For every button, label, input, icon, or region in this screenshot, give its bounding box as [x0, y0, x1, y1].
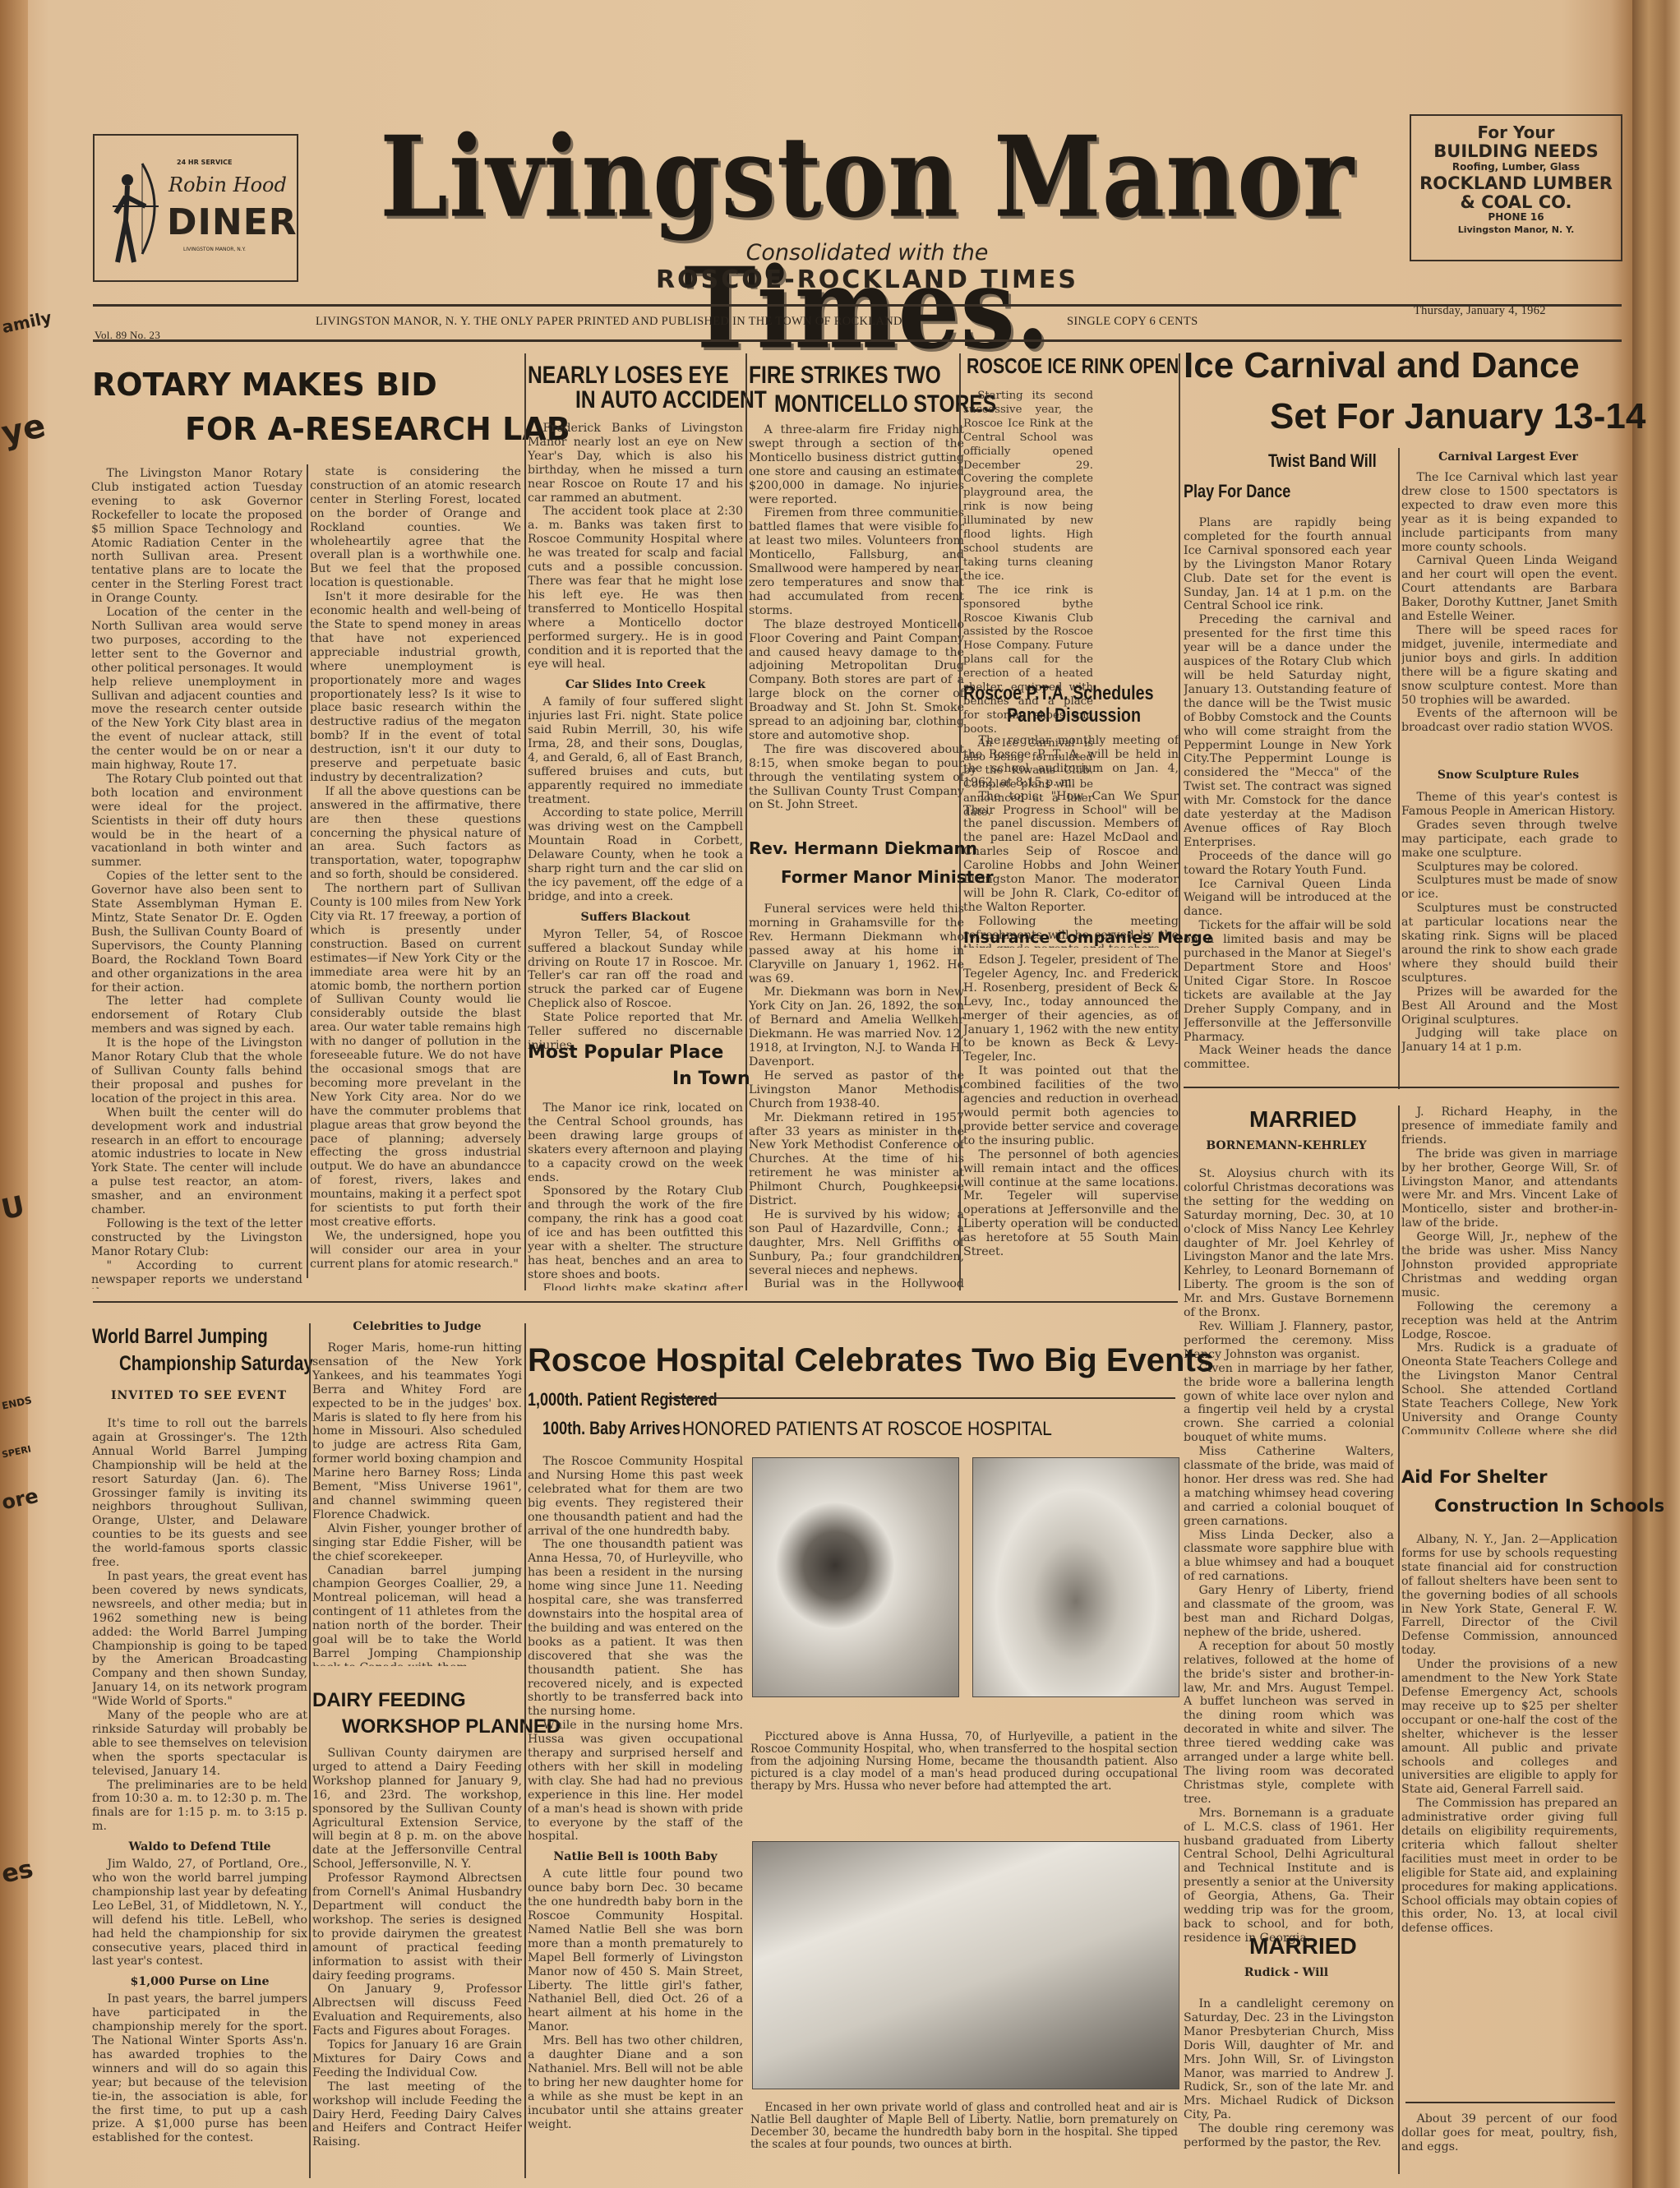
paragraph: Copies of the letter sent to the Governo…: [91, 870, 302, 995]
paragraph: The Ice Carnival which last year drew cl…: [1401, 471, 1618, 554]
article-carnival-col3: Theme of this year's contest is Famous P…: [1401, 791, 1618, 1095]
paragraph: Mr. Diekmann retired in 1957 after 33 ye…: [749, 1111, 964, 1208]
paragraph: It was pointed out that the combined fac…: [963, 1064, 1179, 1147]
ad-rockland-lumber: For Your BUILDING NEEDS Roofing, Lumber,…: [1410, 114, 1622, 261]
tagline: LIVINGSTON MANOR, N. Y. THE ONLY PAPER P…: [316, 315, 902, 329]
paragraph: Picctured above is Anna Hussa, 70, of Hu…: [750, 1731, 1178, 1793]
column-rule: [1179, 353, 1180, 1290]
article-hospital: The Roscoe Community Hospital and Nursin…: [528, 1455, 743, 2178]
article-celebrities: Roger Maris, home-run hitting sensation …: [312, 1341, 522, 1666]
column-rule: [309, 1323, 311, 2178]
paragraph: Burial was in the Hollywood Cemetery, Un…: [749, 1277, 964, 1289]
paragraph: Location of the center in the North Sull…: [91, 606, 302, 773]
paragraph: Albany, N. Y., Jan. 2—Application forms …: [1401, 1533, 1618, 1658]
headline-pta-2: Panel Discussion: [1007, 704, 1141, 727]
headline-hospital: Roscoe Hospital Celebrates Two Big Event…: [528, 1342, 1214, 1379]
paragraph: The preliminaries are to be held from 10…: [92, 1779, 307, 1835]
paragraph: He is survived by his widow; a son Paul …: [749, 1208, 964, 1278]
paragraph: The Livingston Manor Rotary Club instiga…: [91, 467, 302, 606]
subhead-invited: INVITED TO SEE EVENT: [92, 1389, 306, 1402]
edge-fragment: ye: [0, 407, 48, 453]
paragraph: Topics for January 16 are Grain Mixtures…: [312, 2038, 522, 2080]
paragraph: When built the center will do developmen…: [91, 1106, 302, 1217]
article-barrel: It's time to roll out the barrels again …: [92, 1417, 307, 2186]
paragraph: Judging will take place on January 14 at…: [1401, 1027, 1618, 1055]
column-rule: [1398, 448, 1400, 1089]
edge-fragment: SPERI: [1, 1443, 32, 1460]
dateline-rule-top: [93, 304, 1622, 307]
ad-line: Livingston Manor, N. Y.: [1411, 225, 1621, 235]
headline-popular-1: Most Popular Place: [528, 1042, 723, 1063]
paragraph: Carnival Queen Linda Weigand and her cou…: [1401, 554, 1618, 624]
paragraph: Rev. William J. Flannery, pastor, perfor…: [1184, 1320, 1394, 1362]
ad-line: Roofing, Lumber, Glass: [1411, 162, 1621, 173]
paragraph: Canadian barrel jumping champion Georges…: [312, 1564, 522, 1667]
paragraph: The double ring ceremony was performed b…: [1184, 2122, 1394, 2150]
paragraph: The topic: "How Can We Spur Their Progre…: [963, 790, 1179, 915]
paragraph: George Will, Jr., nephew of the the brid…: [1401, 1230, 1618, 1300]
paragraph: In past years, the barrel jumpers have p…: [92, 1992, 307, 2145]
paragraph: The Roscoe Community Hospital and Nursin…: [528, 1455, 743, 1538]
paragraph: Sculptures may be colored.: [1401, 861, 1618, 875]
subhead: $1,000 Purse on Line: [92, 1975, 307, 1989]
column-rule: [524, 1323, 526, 2178]
left-page-bleed: amily ye U ENDS SPERI ore es: [0, 0, 28, 2188]
photo-clay-head: [972, 1457, 1179, 1697]
headline-diekmann-2: Former Manor Minister: [781, 867, 994, 887]
paragraph: The Rotary Club pointed out that both lo…: [91, 773, 302, 870]
ad-line: BUILDING NEEDS: [1411, 142, 1621, 161]
paragraph: The letter had complete endorsement of R…: [91, 995, 302, 1036]
article-insurance: Edson J. Tegeler, president of The Tegel…: [963, 953, 1179, 1290]
ad-robin-hood-diner: 24 HR SERVICE Robin Hood DINER LIVINGSTO…: [93, 134, 298, 282]
article-married1-col2: J. Richard Heaphy, in the presence of im…: [1401, 1106, 1618, 1434]
paragraph: Sullivan County dairymen are urged to at…: [312, 1747, 522, 1872]
headline-carnival-2: Set For January 13-14: [1270, 396, 1645, 437]
subhead-snow-sculpture: Snow Sculpture Rules: [1401, 769, 1615, 782]
article-dairy: Sullivan County dairymen are urged to at…: [312, 1747, 522, 2174]
paragraph: Firemen from three communities battled f…: [749, 506, 964, 617]
paragraph: The regular monthly meeting of the Rosco…: [963, 734, 1179, 790]
issue-date: Thursday, January 4, 1962: [1414, 304, 1546, 318]
paragraph: Mack Weiner heads the dance committee.: [1184, 1044, 1392, 1072]
paragraph: The personnel of both agencies will rema…: [963, 1148, 1179, 1259]
article-married1-col1: St. Aloysius church with its colorful Ch…: [1184, 1167, 1394, 1989]
paragraph: Sculptures must be made of snow or ice.: [1401, 874, 1618, 902]
archer-icon: [109, 155, 162, 270]
paragraph: We, the undersigned, hope you will consi…: [310, 1230, 521, 1272]
paragraph: About 39 percent of our food dollar goes…: [1401, 2112, 1618, 2154]
paragraph: In a candlelight ceremony on Saturday, D…: [1184, 1997, 1394, 2122]
section-rule: [1184, 1087, 1619, 1088]
article-popular: The Manor ice rink, located on the Centr…: [528, 1101, 743, 1290]
photo-title: HONORED PATIENTS AT ROSCOE HOSPITAL: [682, 1418, 1052, 1441]
paragraph: Frederick Banks of Livingston Manor near…: [528, 422, 743, 505]
paragraph: Jim Waldo, 27, of Portland, Ore., who wo…: [92, 1858, 307, 1969]
married-names-2: Rudick - Will: [1184, 1966, 1389, 1979]
page-gutter: [1632, 0, 1680, 2188]
paragraph: Sponsored by the Rotary Club and through…: [528, 1184, 743, 1281]
headline-married-1: MARRIED: [1249, 1106, 1357, 1133]
section-rule: [93, 1301, 1178, 1303]
ad-name: Robin Hood: [168, 173, 287, 196]
paragraph: On January 9, Professor Albrectsen will …: [312, 1983, 522, 2038]
paragraph: The blaze destroyed Monticello Floor Cov…: [749, 618, 964, 743]
paragraph: state is considering the construction of…: [310, 465, 521, 590]
headline-eye-2: IN AUTO ACCIDENT: [575, 386, 767, 414]
paragraph: The northern part of Sullivan County is …: [310, 882, 521, 1230]
paragraph: Prizes will be awarded for the Best All …: [1401, 986, 1618, 1027]
paragraph: Funeral services were held this morning …: [749, 902, 964, 986]
headline-fire-1: FIRE STRIKES TWO: [749, 362, 941, 390]
ad-address: LIVINGSTON MANOR, N.Y.: [183, 247, 246, 252]
paragraph: Isn't it more desirable for the economic…: [310, 590, 521, 785]
edge-fragment: U: [0, 1190, 27, 1227]
newspaper-page: amily ye U ENDS SPERI ore es 24 HR SERVI…: [0, 0, 1680, 2188]
paragraph: If all the above questions can be answer…: [310, 785, 521, 882]
column-rule: [524, 353, 526, 1290]
section-rule: [666, 1397, 1175, 1399]
paragraph: Miss Catherine Walters, classmate of the…: [1184, 1445, 1394, 1528]
merged-paper-name: ROSCOE-ROCKLAND TIMES: [575, 265, 1159, 294]
subhead-celebrities: Celebrities to Judge: [312, 1320, 522, 1333]
headline-dairy-1: DAIRY FEEDING: [312, 1689, 466, 1712]
paragraph: Gary Henry of Liberty, friend and classm…: [1184, 1584, 1394, 1640]
caption-natlie-bell: Encased in her own private world of glas…: [750, 2102, 1178, 2159]
deck-patient: 1,000th. Patient Registered: [528, 1389, 718, 1410]
paragraph: The Manor ice rink, located on the Centr…: [528, 1101, 743, 1184]
article-married2: In a candlelight ceremony on Saturday, D…: [1184, 1997, 1394, 2178]
paragraph: Proceeds of the dance will go toward the…: [1184, 850, 1392, 878]
married-names-1: BORNEMANN-KEHRLEY: [1184, 1139, 1389, 1152]
paragraph: Tickets for the affair will be sold on a…: [1184, 919, 1392, 1044]
filler-food-dollar: About 39 percent of our food dollar goes…: [1401, 2112, 1618, 2162]
photo-natlie-bell: [752, 1841, 1179, 2089]
subhead-twist-1: Twist Band Will: [1268, 450, 1377, 472]
consolidated-note: Consolidated with the: [723, 240, 1011, 265]
article-shelter: Albany, N. Y., Jan. 2—Application forms …: [1401, 1533, 1618, 2108]
paragraph: Following the ceremony a reception was h…: [1401, 1300, 1618, 1342]
caption-anna-hussa: Picctured above is Anna Hussa, 70, of Hu…: [750, 1731, 1178, 1821]
paragraph: The fire was discovered about 8:15, when…: [749, 743, 964, 813]
subhead: Waldo to Defend Ttile: [92, 1840, 307, 1854]
paragraph: Mrs. Bornemann is a graduate of L. M.C.S…: [1184, 1807, 1394, 1946]
subhead: Suffers Blackout: [528, 911, 743, 925]
paragraph: Roger Maris, home-run hitting sensation …: [312, 1341, 522, 1522]
subhead: Car Slides Into Creek: [528, 678, 743, 692]
paragraph: There will be speed races for midget, ju…: [1401, 624, 1618, 707]
ad-line: ROCKLAND LUMBER: [1411, 174, 1621, 193]
paragraph: A family of four suffered slight injurie…: [528, 695, 743, 806]
paragraph: Sculptures must be constructed at partic…: [1401, 902, 1618, 985]
article-carnival-col1: Plans are rapidly being completed for th…: [1184, 516, 1392, 1092]
edge-fragment: ore: [0, 1484, 40, 1515]
article-pta: The regular monthly meeting of the Rosco…: [963, 734, 1179, 948]
edge-fragment: amily: [0, 307, 53, 337]
headline-shelter-2: Construction In Schools: [1434, 1496, 1664, 1516]
paragraph: In past years, the great event has been …: [92, 1570, 307, 1709]
headline-popular-2: In Town: [672, 1069, 750, 1089]
paragraph: Events of the afternoon will be broadcas…: [1401, 707, 1618, 735]
paragraph: The Commission has prepared an administr…: [1401, 1797, 1618, 1936]
headline-pta-1: Roscoe P.T.A. Schedules: [963, 682, 1154, 705]
paragraph: He served as pastor of the Livingston Ma…: [749, 1069, 964, 1111]
paragraph: Flood lights make skating after dark pos…: [528, 1282, 743, 1290]
paragraph: Professor Raymond Albrectsen from Cornel…: [312, 1872, 522, 1983]
paragraph: A cute little four pound two ounce baby …: [528, 1867, 743, 2034]
subhead-carnival-largest: Carnival Largest Ever: [1401, 450, 1615, 464]
paragraph: " According to current newspaper reports…: [91, 1259, 302, 1289]
paragraph: Many of the people who are at rinkside S…: [92, 1709, 307, 1779]
paragraph: Myron Teller, 54, of Roscoe suffered a b…: [528, 928, 743, 1011]
subhead: Natlie Bell is 100th Baby: [528, 1850, 743, 1864]
paragraph: Starting its second successive year, the…: [963, 390, 1093, 584]
paragraph: Theme of this year's contest is Famous P…: [1401, 791, 1618, 819]
headline-rotary-2: FOR A-RESEARCH LAB: [185, 411, 570, 447]
paragraph: Following is the text of the letter cons…: [91, 1217, 302, 1259]
paragraph: Edson J. Tegeler, president of The Tegel…: [963, 953, 1179, 1064]
headline-rotary-1: ROTARY MAKES BID: [92, 367, 437, 403]
photo-anna-hussa: [752, 1457, 959, 1697]
paragraph: According to state police, Merrill was d…: [528, 806, 743, 903]
ad-line: PHONE 16: [1411, 212, 1621, 223]
headline-shelter-1: Aid For Shelter: [1401, 1467, 1548, 1487]
paragraph: Encased in her own private world of glas…: [750, 2102, 1178, 2151]
paragraph: Given in marriage by her father, the bri…: [1184, 1362, 1394, 1445]
paragraph: Mrs. Bell has two other children, a daug…: [528, 2034, 743, 2131]
article-rotary-col2: state is considering the construction of…: [310, 465, 521, 1287]
ad-type: DINER: [167, 201, 298, 243]
paragraph: Alvin Fisher, younger brother of singing…: [312, 1522, 522, 1564]
paragraph: While in the nursing home Mrs. Hussa was…: [528, 1719, 743, 1844]
headline-insurance: Insurance Companies Merge: [963, 929, 1213, 947]
ad-service: 24 HR SERVICE: [177, 159, 232, 166]
paragraph: The accident took place at 2:30 a. m. Ba…: [528, 505, 743, 672]
column-rule: [745, 353, 747, 1290]
headline-icerink: ROSCOE ICE RINK OPEN: [967, 353, 1179, 379]
paragraph: Miss Linda Decker, also a classmate wore…: [1184, 1529, 1394, 1585]
article-rotary-col1: The Livingston Manor Rotary Club instiga…: [91, 467, 302, 1289]
dateline-rule-bottom: [93, 339, 1622, 342]
paragraph: Mrs. Rudick is a graduate of Oneonta Sta…: [1401, 1341, 1618, 1434]
article-carnival-col2: The Ice Carnival which last year drew cl…: [1401, 471, 1618, 742]
edge-fragment: ENDS: [1, 1394, 33, 1411]
deck-baby: 100th. Baby Arrives: [542, 1418, 681, 1439]
paragraph: It is the hope of the Livingston Manor R…: [91, 1036, 302, 1106]
paragraph: Mr. Diekmann was born in New York City o…: [749, 986, 964, 1069]
headline-diekmann-1: Rev. Hermann Diekmann: [749, 838, 977, 858]
paragraph: The bride was given in marriage by her b…: [1401, 1147, 1618, 1230]
price: SINGLE COPY 6 CENTS: [1067, 315, 1198, 329]
headline-barrel-2: Championship Saturday: [119, 1352, 313, 1376]
ad-line: For Your: [1411, 124, 1621, 142]
article-diekmann: Funeral services were held this morning …: [749, 902, 964, 1289]
paragraph: Preceding the carnival and presented for…: [1184, 613, 1392, 849]
paragraph: It's time to roll out the barrels again …: [92, 1417, 307, 1570]
headline-married-2: MARRIED: [1249, 1933, 1357, 1960]
paragraph: Grades seven through twelve may particip…: [1401, 819, 1618, 861]
headline-barrel-1: World Barrel Jumping: [92, 1325, 268, 1349]
ad-line: & COAL CO.: [1411, 193, 1621, 212]
edge-fragment: es: [0, 1854, 35, 1889]
column-rule: [1398, 1106, 1400, 2174]
section-rule: [1405, 2102, 1615, 2103]
paragraph: The last meeting of the workshop will in…: [312, 2080, 522, 2150]
paragraph: Plans are rapidly being completed for th…: [1184, 516, 1392, 613]
headline-carnival-1: Ice Carnival and Dance: [1184, 345, 1580, 386]
column-rule: [307, 464, 308, 1278]
paragraph: Under the provisions of a new amendment …: [1401, 1658, 1618, 1797]
paragraph: J. Richard Heaphy, in the presence of im…: [1401, 1106, 1618, 1147]
paragraph: The one thousandth patient was Anna Hess…: [528, 1538, 743, 1719]
paragraph: A reception for about 50 mostly relative…: [1184, 1640, 1394, 1807]
paragraph: St. Aloysius church with its colorful Ch…: [1184, 1167, 1394, 1320]
headline-eye-1: NEARLY LOSES EYE: [528, 362, 729, 390]
paragraph: Ice Carnival Queen Linda Weigand will be…: [1184, 878, 1392, 920]
subhead-twist-2: Play For Dance: [1184, 481, 1290, 502]
paragraph: A three-alarm fire Friday night swept th…: [749, 423, 964, 506]
